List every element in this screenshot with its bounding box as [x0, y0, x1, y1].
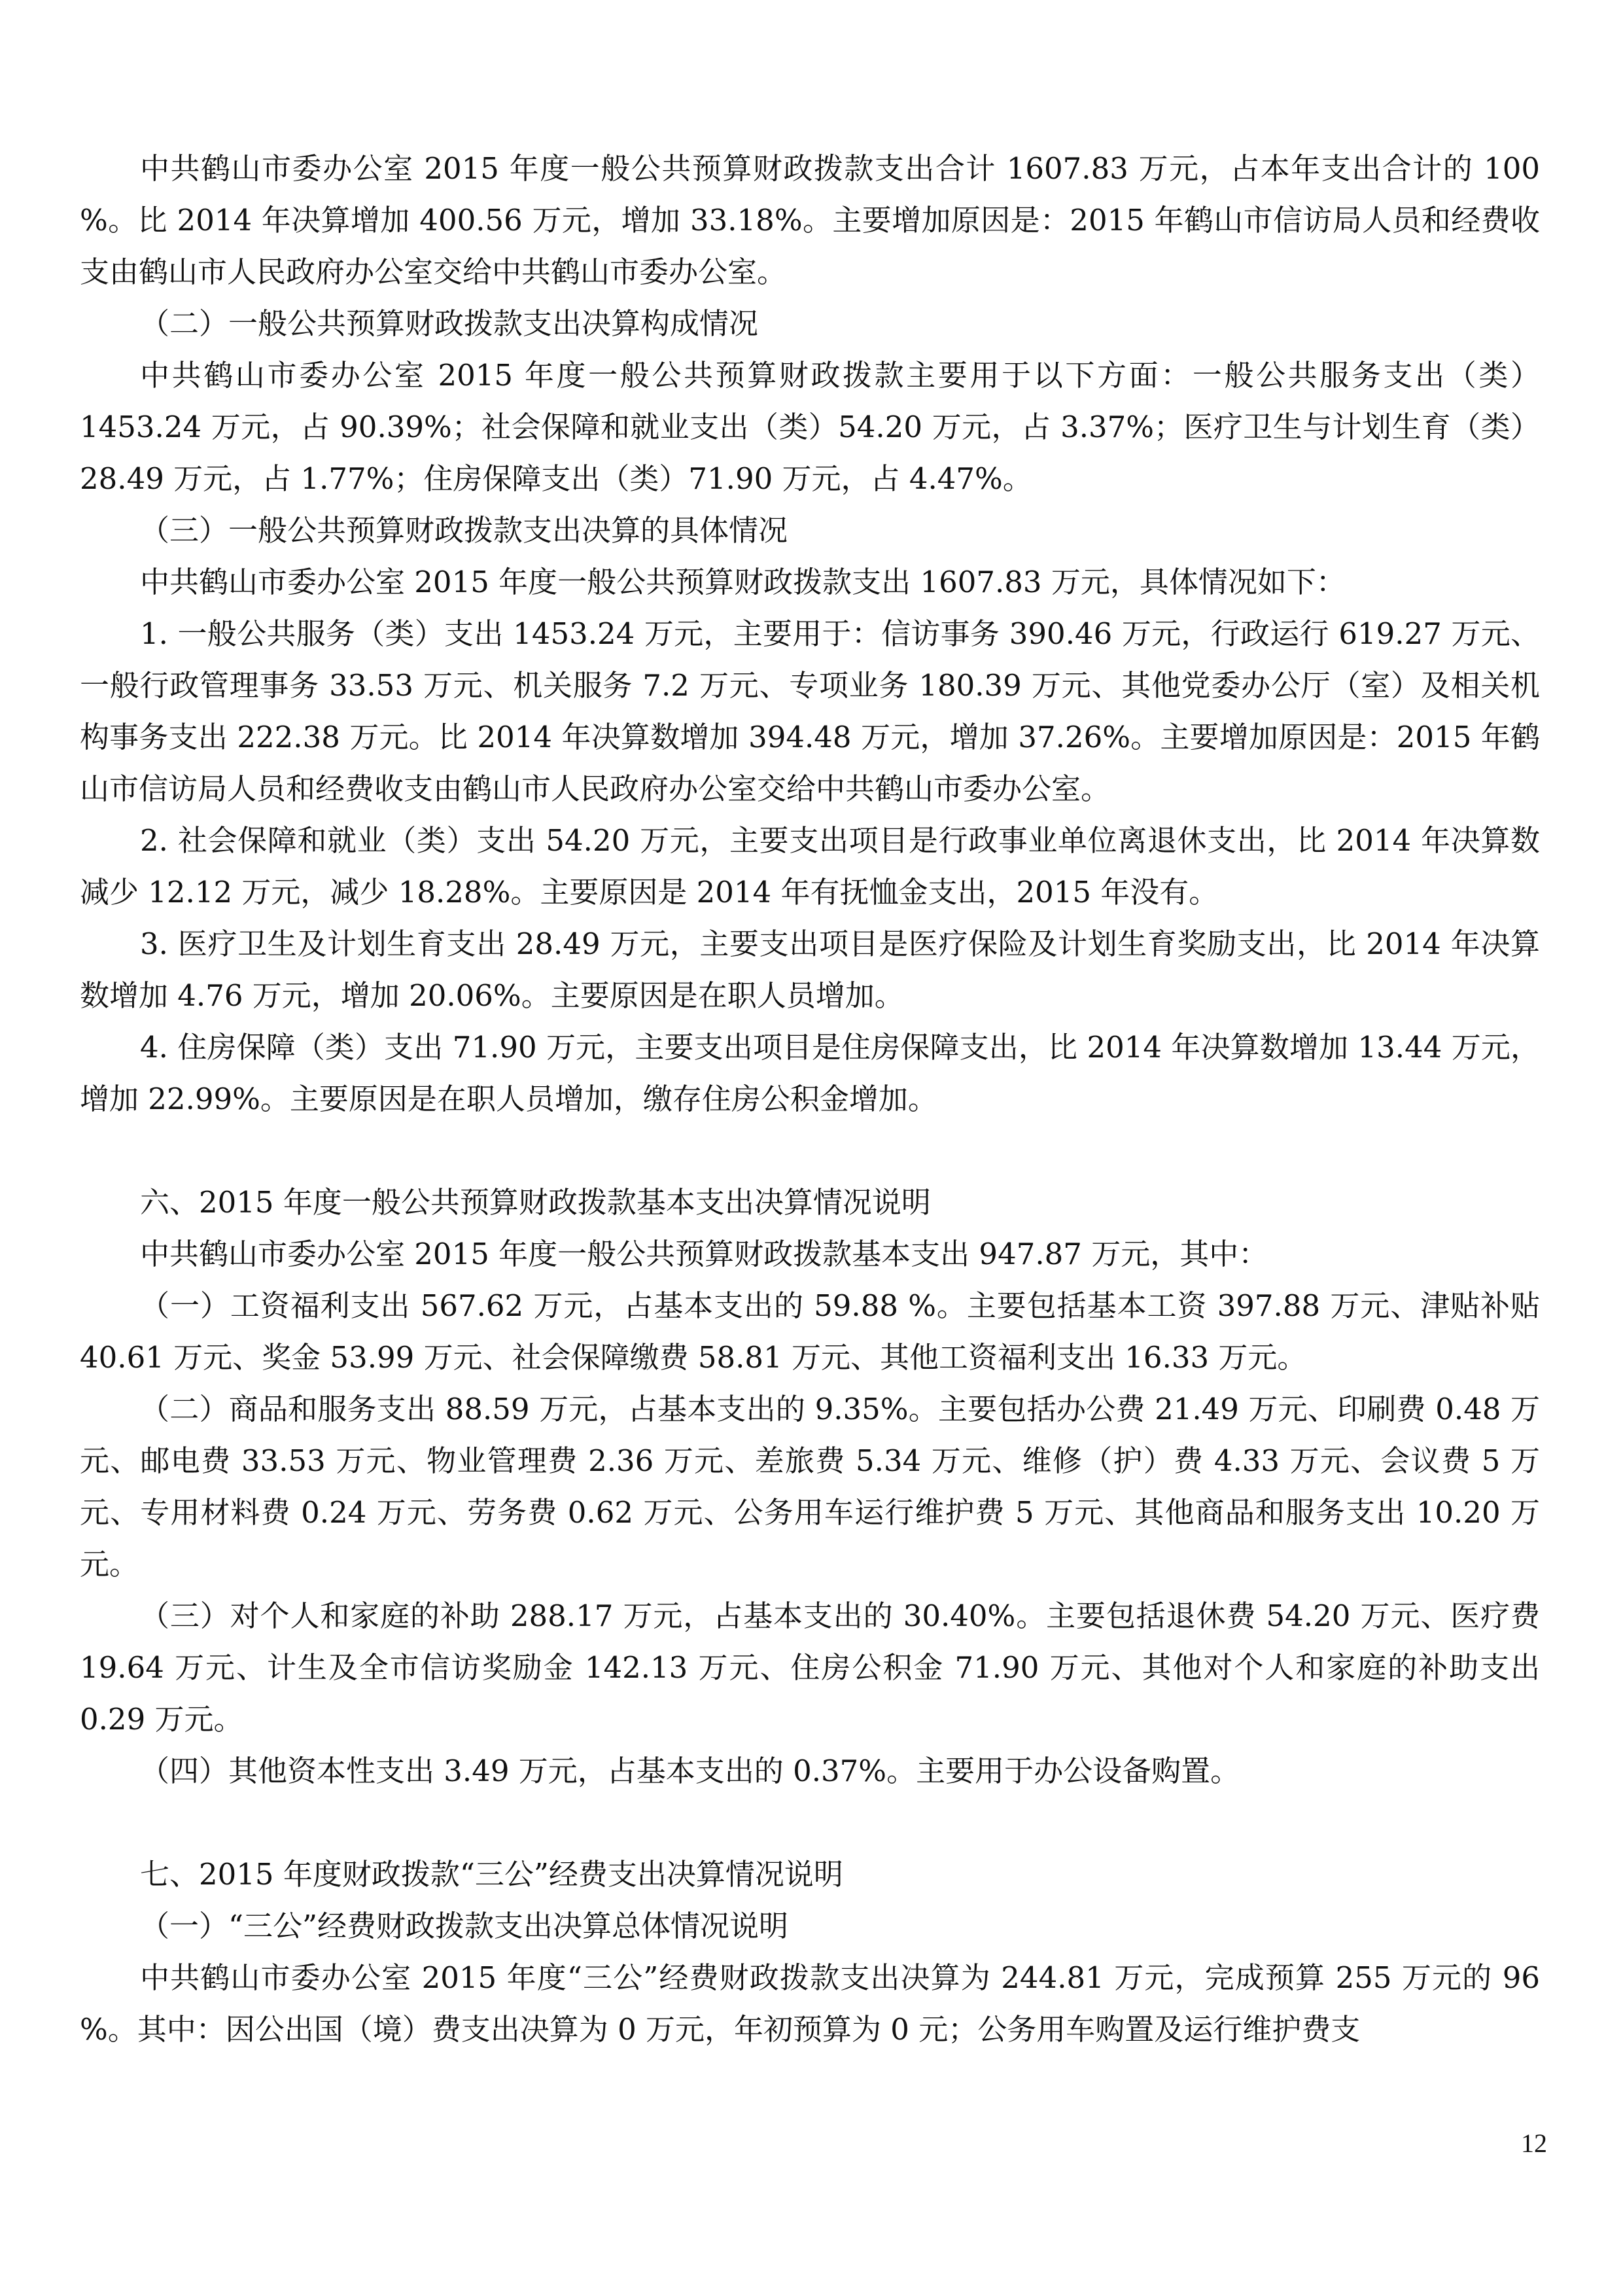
paragraph-three-public: 中共鹤山市委办公室 2015 年度“三公”经费财政拨款支出决算为 244.81 … — [80, 1952, 1540, 2055]
heading-section-7: 七、2015 年度财政拨款“三公”经费支出决算情况说明 — [80, 1848, 1540, 1900]
document-page: 中共鹤山市委办公室 2015 年度一般公共预算财政拨款支出合计 1607.83 … — [80, 143, 1540, 2055]
paragraph-wages: （一）工资福利支出 567.62 万元，占基本支出的 59.88 %。主要包括基… — [80, 1280, 1540, 1383]
paragraph-specific-intro: 中共鹤山市委办公室 2015 年度一般公共预算财政拨款支出 1607.83 万元… — [80, 556, 1540, 608]
page-number: 12 — [1521, 2128, 1547, 2159]
paragraph-household-subsidy: （三）对个人和家庭的补助 288.17 万元，占基本支出的 30.40%。主要包… — [80, 1590, 1540, 1745]
section-gap — [80, 1125, 1540, 1176]
paragraph-goods-services: （二）商品和服务支出 88.59 万元，占基本支出的 9.35%。主要包括办公费… — [80, 1383, 1540, 1590]
section-gap — [80, 1797, 1540, 1848]
heading-section-6: 六、2015 年度一般公共预算财政拨款基本支出决算情况说明 — [80, 1176, 1540, 1228]
paragraph-capital: （四）其他资本性支出 3.49 万元，占基本支出的 0.37%。主要用于办公设备… — [80, 1745, 1540, 1797]
heading-specific: （三）一般公共预算财政拨款支出决算的具体情况 — [80, 504, 1540, 556]
paragraph-item-4: 4. 住房保障（类）支出 71.90 万元，主要支出项目是住房保障支出，比 20… — [80, 1021, 1540, 1125]
paragraph-item-2: 2. 社会保障和就业（类）支出 54.20 万元，主要支出项目是行政事业单位离退… — [80, 815, 1540, 918]
paragraph-item-1: 1. 一般公共服务（类）支出 1453.24 万元，主要用于：信访事务 390.… — [80, 608, 1540, 815]
paragraph-item-3: 3. 医疗卫生及计划生育支出 28.49 万元，主要支出项目是医疗保险及计划生育… — [80, 918, 1540, 1021]
paragraph-basic-total: 中共鹤山市委办公室 2015 年度一般公共预算财政拨款基本支出 947.87 万… — [80, 1228, 1540, 1280]
paragraph-composition: 中共鹤山市委办公室 2015 年度一般公共预算财政拨款主要用于以下方面：一般公共… — [80, 349, 1540, 504]
heading-three-public-overall: （一）“三公”经费财政拨款支出决算总体情况说明 — [80, 1900, 1540, 1952]
heading-composition: （二）一般公共预算财政拨款支出决算构成情况 — [80, 298, 1540, 349]
paragraph-budget-total: 中共鹤山市委办公室 2015 年度一般公共预算财政拨款支出合计 1607.83 … — [80, 143, 1540, 298]
